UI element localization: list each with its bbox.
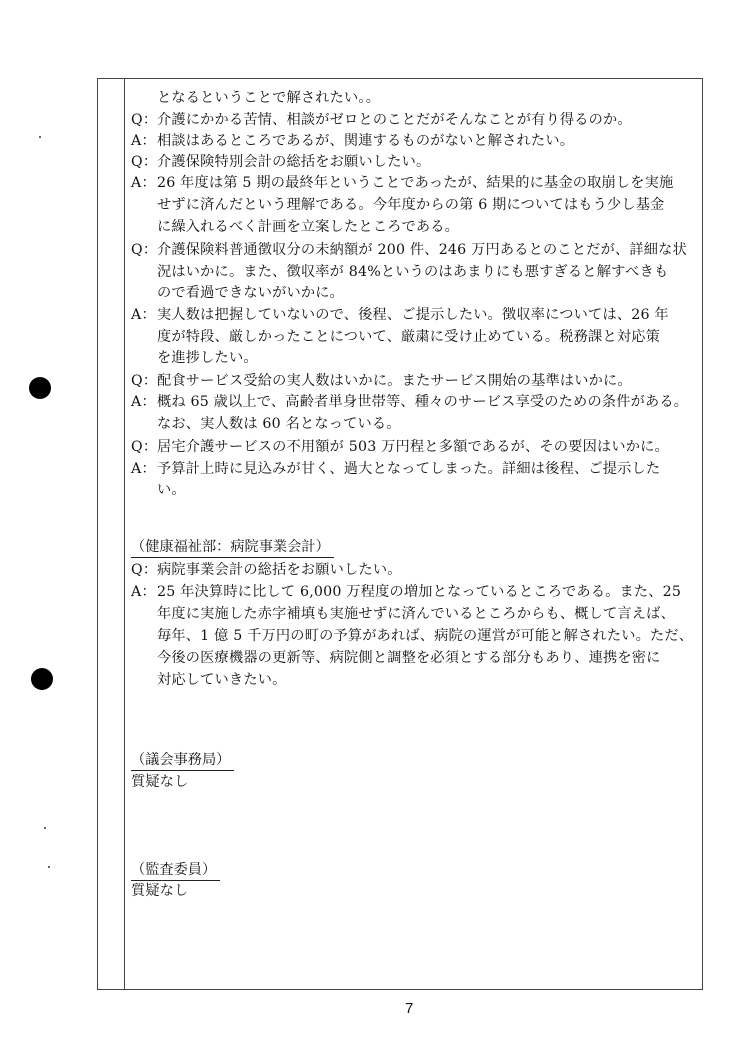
answer-item: A：実人数は把握していないので、後程、ご提示したい。徴収率については、26 年 [131, 305, 669, 325]
answer-continuation: い。 [157, 480, 186, 500]
answer-continuation: 対応していきたい。 [157, 670, 287, 690]
scan-speck [48, 866, 50, 868]
answer-continuation: 年度に実施した赤字補填も実施せずに済んでいるところからも、概して言えば、 [157, 604, 675, 624]
answer-item: A：26 年度は第 5 期の最終年ということであったが、結果的に基金の取崩しを実… [131, 173, 673, 193]
a-label: A： [131, 131, 157, 151]
question-text: 介護保険料普通徴収分の未納額が 200 件、246 万円あるとのことだが、詳細な… [157, 242, 687, 258]
answer-continuation: 毎年、1 億 5 千万円の町の予算があれば、病院の運営が可能と解されたい。ただ、 [157, 626, 693, 646]
answer-item: A：相談はあるところであるが、関連するものがないと解されたい。 [131, 131, 574, 151]
no-questions-text: 質疑なし [131, 881, 189, 901]
question-continuation: ので看過できないがいかに。 [157, 283, 344, 303]
question-item: Q：居宅介護サービスの不用額が 503 万円程と多額であるが、その要因はいかに。 [131, 437, 669, 457]
a-label: A： [131, 459, 157, 479]
answer-text: 概ね 65 歳以上で、高齢者単身世帯等、種々のサービス享受のための条件がある。 [157, 394, 688, 410]
q-label: Q： [131, 560, 157, 580]
question-text: 介護にかかる苦情、相談がゼロとのことだがそんなことが有り得るのか。 [157, 112, 632, 128]
answer-text: 実人数は把握していないので、後程、ご提示したい。徴収率については、26 年 [157, 307, 669, 323]
question-item: Q：病院事業会計の総括をお願いしたい。 [131, 560, 402, 580]
a-label: A： [131, 392, 157, 412]
a-label: A： [131, 305, 157, 325]
question-text: 病院事業会計の総括をお願いしたい。 [157, 562, 402, 578]
q-label: Q： [131, 240, 157, 260]
q-label: Q： [131, 152, 157, 172]
section-heading-hospital: （健康福祉部：病院事業会計） [131, 537, 334, 558]
a-label: A： [131, 173, 157, 193]
answer-continuation: 度が特段、厳しかったことについて、厳粛に受け止めている。税務課と対応策 [157, 327, 660, 347]
answer-continuation: 今後の医療機器の更新等、病院側と調整を必須とする部分もあり、連携を密に [157, 648, 661, 668]
section-heading-audit: （監査委員） [131, 860, 220, 881]
q-label: Q： [131, 437, 157, 457]
answer-item: A：25 年決算時に比して 6,000 万程度の増加となっているところである。ま… [131, 582, 681, 602]
question-text: 居宅介護サービスの不用額が 503 万円程と多額であるが、その要因はいかに。 [157, 439, 669, 455]
question-item: Q：介護保険料普通徴収分の未納額が 200 件、246 万円あるとのことだが、詳… [131, 240, 687, 260]
question-item: Q：介護にかかる苦情、相談がゼロとのことだがそんなことが有り得るのか。 [131, 110, 632, 130]
scan-speck [44, 827, 46, 829]
answer-continuation: せずに済んだという理解である。今年度からの第 6 期についてはもう少し基金 [157, 195, 665, 215]
answer-continuation: なお、実人数は 60 名となっている。 [157, 414, 401, 434]
punch-hole-icon [31, 668, 53, 690]
section-heading-council: （議会事務局） [131, 750, 234, 771]
answer-item: A：概ね 65 歳以上で、高齢者単身世帯等、種々のサービス享受のための条件がある… [131, 392, 688, 412]
question-continuation: 況はいかに。また、徴収率が 84%というのはあまりにも悪すぎると解すべきも [157, 262, 668, 282]
question-text: 配食サービス受給の実人数はいかに。またサービス開始の基準はいかに。 [157, 373, 632, 389]
answer-continuation: を進捗したい。 [157, 348, 258, 368]
answer-text: 25 年決算時に比して 6,000 万程度の増加となっているところである。また、… [157, 584, 681, 600]
table-column-divider [124, 78, 125, 990]
question-item: Q：配食サービス受給の実人数はいかに。またサービス開始の基準はいかに。 [131, 371, 632, 391]
no-questions-text: 質疑なし [131, 772, 189, 792]
answer-item: A：予算計上時に見込みが甘く、過大となってしまった。詳細は後程、ご提示した [131, 459, 660, 479]
punch-hole-icon [29, 377, 51, 399]
q-label: Q： [131, 110, 157, 130]
answer-continuation: に繰入れるべく計画を立案したところである。 [157, 217, 459, 237]
q-label: Q： [131, 371, 157, 391]
answer-text: 26 年度は第 5 期の最終年ということであったが、結果的に基金の取崩しを実施 [157, 175, 673, 191]
continuation-line: となるということで解されたい。。 [157, 88, 380, 108]
answer-text: 予算計上時に見込みが甘く、過大となってしまった。詳細は後程、ご提示した [157, 461, 660, 477]
question-text: 介護保険特別会計の総括をお願いしたい。 [157, 154, 430, 170]
question-item: Q：介護保険特別会計の総括をお願いしたい。 [131, 152, 430, 172]
answer-text: 相談はあるところであるが、関連するものがないと解されたい。 [157, 133, 574, 149]
page-number: 7 [405, 1000, 413, 1017]
scan-speck [39, 136, 41, 138]
a-label: A： [131, 582, 157, 602]
